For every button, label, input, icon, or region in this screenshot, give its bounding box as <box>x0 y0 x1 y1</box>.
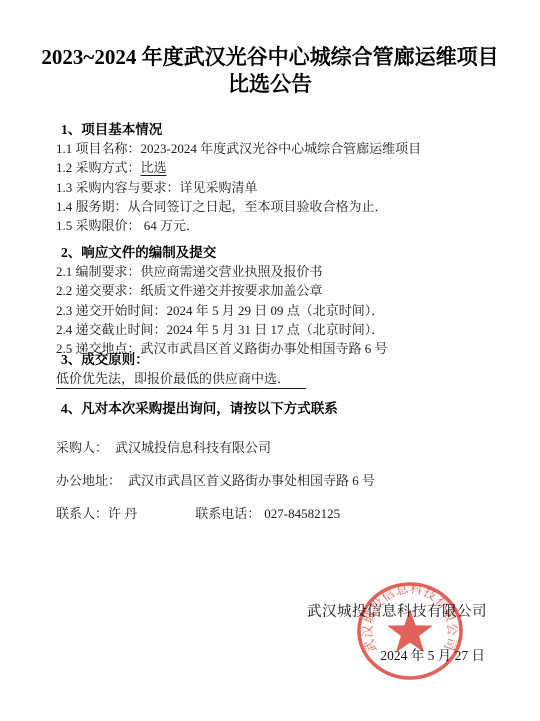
contact-person-value: 许 丹 <box>108 506 137 521</box>
section-project-info: 1、项目基本情况 1.1 项目名称：2023-2024 年度武汉光谷中心城综合管… <box>56 120 492 235</box>
award-principle-rule: 低价优先法，即报价最低的供应商中选． <box>56 370 306 389</box>
section4-heading: 4、凡对本次采购提出询问，请按以下方式联系 <box>56 399 492 418</box>
submission-requirement-line: 2.2 递交要求：纸质文件递交并按要求加盖公章 <box>56 281 492 300</box>
submission-start-line: 2.3 递交开始时间：2024 年 5 月 29 日 09 点（北京时间）． <box>56 301 492 320</box>
contact-person-label: 联系人： <box>56 506 108 521</box>
procurement-method-line: 1.2 采购方式：比选 <box>56 158 492 177</box>
office-address-line: 办公地址：武汉市武昌区首义路街办事处相国寺路 6 号 <box>56 473 492 489</box>
section3-heading: 3、成交原则： <box>56 350 492 369</box>
buyer-line: 采购人：武汉城投信息科技有限公司 <box>56 440 492 456</box>
procurement-method-value: 比选 <box>141 160 167 175</box>
submission-deadline-line: 2.4 递交截止时间：2024 年 5 月 31 日 17 点（北京时间）． <box>56 320 492 339</box>
contact-person-line: 联系人：许 丹联系电话：027-84582125 <box>56 506 492 522</box>
document-title: 2023~2024 年度武汉光谷中心城综合管廊运维项目 比选公告 <box>0 44 540 98</box>
phone-value: 027-84582125 <box>264 506 340 521</box>
buyer-value: 武汉城投信息科技有限公司 <box>115 440 271 455</box>
procurement-method-label: 1.2 采购方式： <box>56 160 141 175</box>
section2-heading: 2、响应文件的编制及提交 <box>56 243 492 262</box>
preparation-requirement-line: 2.1 编制要求：供应商需递交营业执照及报价书 <box>56 262 492 281</box>
project-name-line: 1.1 项目名称：2023-2024 年度武汉光谷中心城综合管廊运维项目 <box>56 139 492 158</box>
content-requirement-line: 1.3 采购内容与要求：详见采购清单 <box>56 178 492 197</box>
service-period-line: 1.4 服务期：从合同签订之日起，至本项目验收合格为止． <box>56 197 492 216</box>
phone-label: 联系电话： <box>195 506 260 521</box>
document-title-line2: 比选公告 <box>0 71 540 98</box>
section1-heading: 1、项目基本情况 <box>56 120 492 139</box>
section-award-principle: 3、成交原则： 低价优先法，即报价最低的供应商中选． <box>56 350 492 389</box>
contact-info: 采购人：武汉城投信息科技有限公司 办公地址：武汉市武昌区首义路街办事处相国寺路 … <box>56 440 492 539</box>
price-limit-line: 1.5 采购限价： 64 万元． <box>56 216 492 235</box>
announcement-document: 2023~2024 年度武汉光谷中心城综合管廊运维项目 比选公告 1、项目基本情… <box>0 0 540 721</box>
section-inquiry: 4、凡对本次采购提出询问，请按以下方式联系 <box>56 399 492 418</box>
section-response-documents: 2、响应文件的编制及提交 2.1 编制要求：供应商需递交营业执照及报价书 2.2… <box>56 243 492 358</box>
signature-company: 武汉城投信息科技有限公司 <box>307 600 487 621</box>
office-address-value: 武汉市武昌区首义路街办事处相国寺路 6 号 <box>128 473 375 488</box>
signature-date: 2024 年 5 月 27 日 <box>380 644 485 664</box>
office-address-label: 办公地址： <box>56 473 121 488</box>
buyer-label: 采购人： <box>56 440 108 455</box>
document-title-line1: 2023~2024 年度武汉光谷中心城综合管廊运维项目 <box>0 44 540 71</box>
company-seal-stamp: 武汉城投信息科技有限公司 <box>354 580 466 682</box>
